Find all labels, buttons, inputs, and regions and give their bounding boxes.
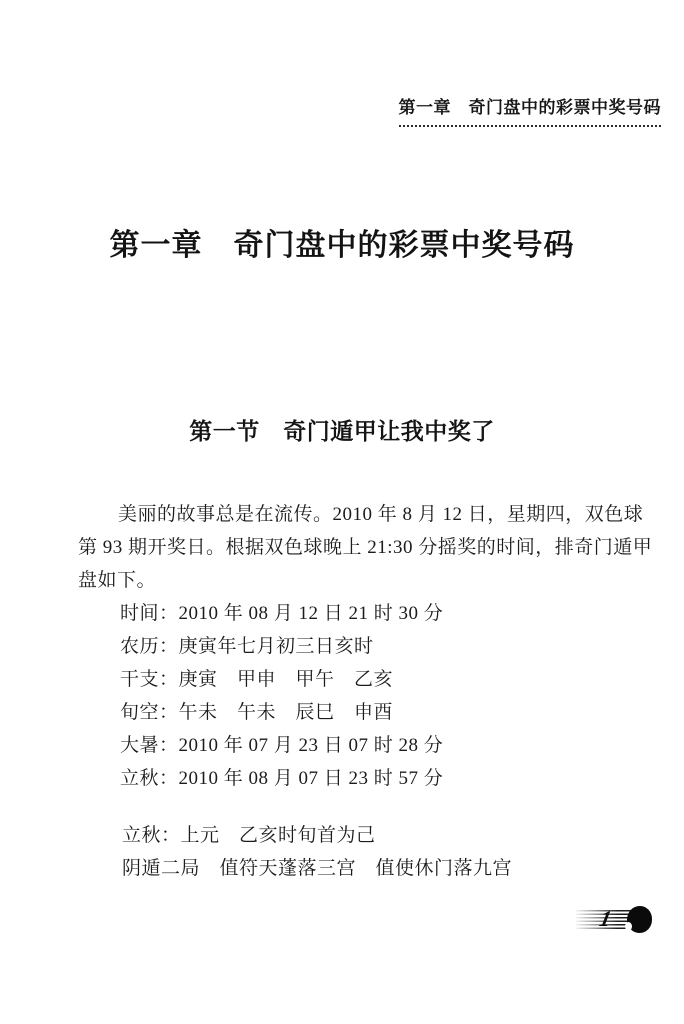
detail-line-liqiu: 立秋：2010 年 08 月 07 日 23 时 57 分: [78, 762, 654, 795]
body-text: 美丽的故事总是在流传。2010 年 8 月 12 日，星期四，双色球 第 93 …: [78, 498, 654, 885]
section-title: 第一节 奇门遁甲让我中奖了: [0, 413, 684, 446]
summary-block: 立秋：上元 乙亥时旬首为己 阴遁二局 值符天蓬落三宫 值使休门落九宫: [78, 819, 654, 885]
summary-line-yindun: 阴遁二局 值符天蓬落三宫 值使休门落九宫: [78, 852, 654, 885]
detail-line-xunkong: 旬空：午未 午未 辰巳 申酉: [78, 696, 654, 729]
running-header-text: 第一章 奇门盘中的彩票中奖号码: [399, 98, 662, 117]
page-footer-ornament: 1: [576, 905, 652, 935]
paragraph-line: 美丽的故事总是在流传。2010 年 8 月 12 日，星期四，双色球: [78, 498, 654, 531]
chapter-title: 第一章 奇门盘中的彩票中奖号码: [0, 220, 684, 264]
detail-line-time: 时间：2010 年 08 月 12 日 21 时 30 分: [78, 597, 654, 630]
detail-line-lunar: 农历：庚寅年七月初三日亥时: [78, 630, 654, 663]
detail-line-dashu: 大暑：2010 年 07 月 23 日 07 时 28 分: [78, 729, 654, 762]
detail-line-ganzhi: 干支：庚寅 甲申 甲午 乙亥: [78, 663, 654, 696]
footer-dot-notch-decoration: [625, 922, 632, 931]
running-header: 第一章 奇门盘中的彩票中奖号码: [399, 93, 662, 127]
paragraph-line: 盘如下。: [78, 564, 654, 597]
summary-line-liqiu-yuan: 立秋：上元 乙亥时旬首为己: [78, 819, 654, 852]
paragraph-line: 第 93 期开奖日。根据双色球晚上 21:30 分摇奖的时间，排奇门遁甲: [78, 531, 654, 564]
book-page: 第一章 奇门盘中的彩票中奖号码 第一章 奇门盘中的彩票中奖号码 第一节 奇门遁甲…: [0, 0, 684, 1024]
